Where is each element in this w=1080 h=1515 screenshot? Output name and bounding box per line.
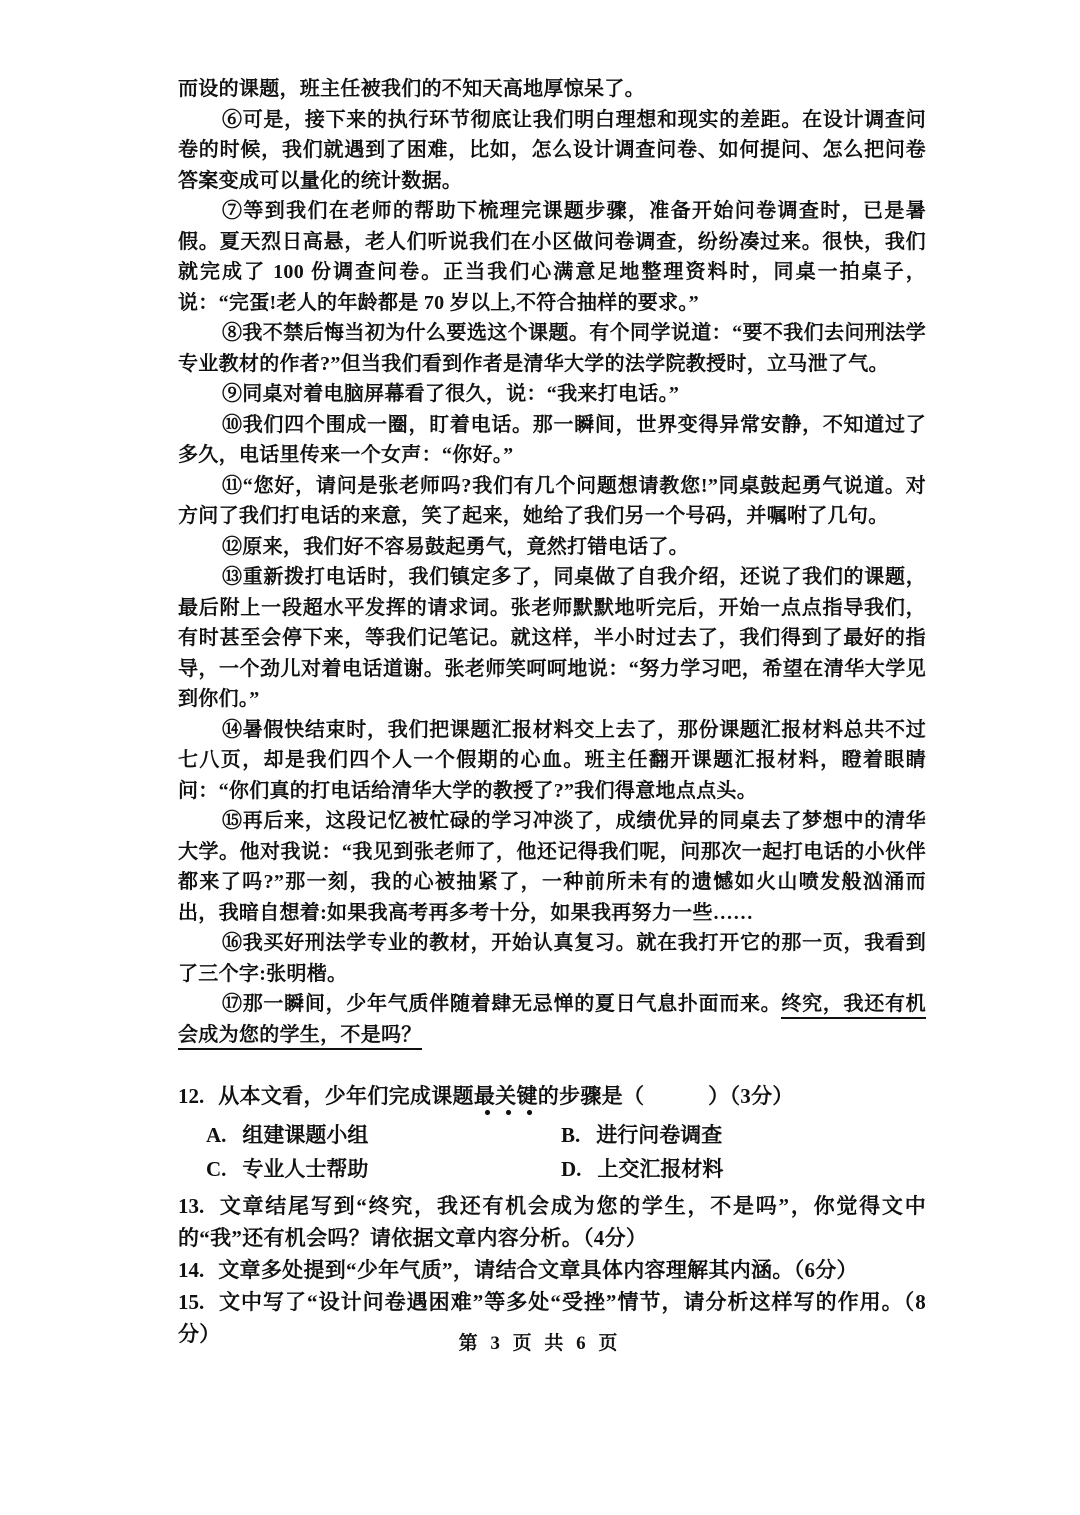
question-12-text-post: 的步骤是（ ）（3分）	[538, 1084, 794, 1108]
option-b-text: 进行问卷调查	[596, 1123, 722, 1147]
option-c-label: C.	[206, 1157, 226, 1181]
passage-paragraph-13: ⑬重新拨打电话时，我们镇定多了，同桌做了自我介绍，还说了我们的课题，最后附上一段…	[178, 562, 926, 715]
exam-page: 而设的课题，班主任被我们的不知天高地厚惊呆了。 ⑥可是，接下来的执行环节彻底让我…	[0, 0, 1080, 1515]
passage-paragraph-16: ⑯我买好刑法学专业的教材，开始认真复习。就在我打开它的那一页，我看到了三个字:张…	[178, 928, 926, 989]
question-12-text-pre: 从本文看，少年们完成课题	[218, 1084, 474, 1108]
questions-section: 12.从本文看，少年们完成课题最关键的步骤是（ ）（3分） A.组建课题小组 B…	[178, 1080, 926, 1350]
passage-paragraph-10: ⑩我们四个围成一圈，盯着电话。那一瞬间，世界变得异常安静，不知道过了多久，电话里…	[178, 410, 926, 471]
question-14-number: 14.	[178, 1258, 204, 1282]
page-footer: 第 3 页 共 6 页	[0, 1328, 1080, 1355]
option-d-label: D.	[561, 1157, 581, 1181]
question-14: 14.文章多处提到“少年气质”，请结合文章具体内容理解其内涵。（6分）	[178, 1254, 926, 1286]
question-14-text: 文章多处提到“少年气质”，请结合文章具体内容理解其内涵。（6分）	[218, 1258, 858, 1282]
question-15-number: 15.	[178, 1290, 204, 1314]
passage-paragraph-15: ⑮再后来，这段记忆被忙碌的学习冲淡了，成绩优异的同桌去了梦想中的清华大学。他对我…	[178, 806, 926, 928]
option-d-text: 上交汇报材料	[597, 1157, 723, 1181]
passage-paragraph-12: ⑫原来，我们好不容易鼓起勇气，竟然打错电话了。	[178, 532, 926, 563]
option-a: A.组建课题小组	[206, 1118, 561, 1152]
option-c: C.专业人士帮助	[206, 1152, 561, 1186]
passage-paragraph-11: ⑪“您好，请问是张老师吗?我们有几个问题想请教您!”同桌鼓起勇气说道。对方问了我…	[178, 471, 926, 532]
option-d: D.上交汇报材料	[561, 1152, 926, 1186]
passage-paragraph-17: ⑰那一瞬间，少年气质伴随着肆无忌惮的夏日气息扑面而来。终究，我还有机会成为您的学…	[178, 989, 926, 1050]
option-a-label: A.	[206, 1123, 226, 1147]
option-b: B.进行问卷调查	[561, 1118, 926, 1152]
passage-paragraph-6: ⑥可是，接下来的执行环节彻底让我们明白理想和现实的差距。在设计调查问卷的时候，我…	[178, 105, 926, 197]
passage-paragraph-14: ⑭暑假快结束时，我们把课题汇报材料交上去了，那份课题汇报材料总共不过七八页，却是…	[178, 715, 926, 807]
option-c-text: 专业人士帮助	[242, 1157, 368, 1181]
paragraph-17-text: ⑰那一瞬间，少年气质伴随着肆无忌惮的夏日气息扑面而来。	[222, 993, 781, 1015]
option-b-label: B.	[561, 1123, 580, 1147]
emphasized-text: 最关键	[474, 1084, 538, 1116]
page-content: 而设的课题，班主任被我们的不知天高地厚惊呆了。 ⑥可是，接下来的执行环节彻底让我…	[178, 74, 926, 1350]
question-13-number: 13.	[178, 1194, 204, 1218]
question-12: 12.从本文看，少年们完成课题最关键的步骤是（ ）（3分）	[178, 1080, 926, 1112]
option-a-text: 组建课题小组	[242, 1123, 368, 1147]
passage-paragraph-7: ⑦等到我们在老师的帮助下梳理完课题步骤，准备开始问卷调查时，已是暑假。夏天烈日高…	[178, 196, 926, 318]
passage-paragraph-8: ⑧我不禁后悔当初为什么要选这个课题。有个同学说道：“要不我们去问刑法学专业教材的…	[178, 318, 926, 379]
passage-paragraph-9: ⑨同桌对着电脑屏幕看了很久，说：“我来打电话。”	[178, 379, 926, 410]
question-13: 13.文章结尾写到“终究，我还有机会成为您的学生，不是吗”，你觉得文中的“我”还…	[178, 1190, 926, 1254]
question-13-text: 文章结尾写到“终究，我还有机会成为您的学生，不是吗”，你觉得文中的“我”还有机会…	[178, 1194, 926, 1250]
question-12-options: A.组建课题小组 B.进行问卷调查 C.专业人士帮助 D.上交汇报材料	[178, 1118, 926, 1186]
question-12-number: 12.	[178, 1084, 204, 1108]
reading-passage: 而设的课题，班主任被我们的不知天高地厚惊呆了。 ⑥可是，接下来的执行环节彻底让我…	[178, 74, 926, 1050]
passage-continuation-line: 而设的课题，班主任被我们的不知天高地厚惊呆了。	[178, 74, 926, 105]
